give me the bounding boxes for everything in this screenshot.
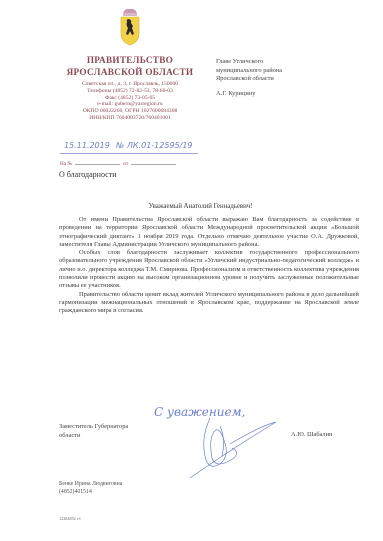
org-okpo-ogrn: ОКПО 00022266, ОГРН 1027600684308	[40, 108, 220, 115]
registration-date: 15.11.2019	[64, 141, 110, 150]
org-name-line2: ЯРОСЛАВСКОЙ ОБЛАСТИ	[40, 66, 220, 78]
paragraph-3: Правительство области ценит вклад жителе…	[59, 291, 359, 316]
org-fax: Факс (4852) 73-05-65	[40, 95, 220, 102]
addressee: Главе Угличского муниципального района Я…	[216, 58, 282, 98]
addressee-line2: муниципального района	[216, 67, 282, 76]
greeting: Уважаемый Анатолий Геннадьевич!	[0, 203, 383, 210]
handwritten-signature: С уважением,	[150, 400, 290, 480]
executor: Бенке Ирина Людвиговна (4852)401514	[59, 481, 122, 496]
paragraph-1: От имени Правительства Ярославской облас…	[59, 216, 359, 249]
signatory-name: А.Ю. Шабалин	[291, 431, 332, 438]
executor-phone: (4852)401514	[59, 489, 122, 497]
addressee-name: А.Г. Курицину	[216, 90, 282, 99]
yaroslavl-coat-of-arms-icon	[118, 6, 142, 46]
addressee-line1: Главе Угличского	[216, 58, 282, 67]
paragraph-2: Особых слов благодарности заслуживает ко…	[59, 249, 359, 290]
signatory-title: Заместитель Губернатора области	[59, 423, 128, 440]
reference-line: На №от	[60, 161, 179, 167]
signatory-title-line1: Заместитель Губернатора	[59, 423, 128, 432]
handwritten-note: С уважением,	[154, 405, 245, 419]
org-address: Советская пл., д. 3, г. Ярославль, 15000…	[40, 81, 220, 88]
org-inn-kpp: ИНН/КПП 7604003720/760401001	[40, 115, 220, 122]
ref-date-blank	[131, 164, 176, 165]
ref-number-blank	[75, 164, 120, 165]
ref-number-label: На №	[60, 161, 72, 167]
addressee-line3: Ярославской области	[216, 75, 282, 84]
letter-body: От имени Правительства Ярославской облас…	[59, 216, 359, 316]
org-email: e-mail: gubern@yarregion.ru	[40, 101, 220, 108]
executor-name: Бенке Ирина Людвиговна	[59, 481, 122, 489]
document-id: 12284852 v1	[59, 516, 81, 521]
signatory-title-line2: области	[59, 432, 128, 441]
org-phones: Телефоны (4852) 72-82-53, 78-60-03	[40, 88, 220, 95]
letterhead: ПРАВИТЕЛЬСТВО ЯРОСЛАВСКОЙ ОБЛАСТИ Советс…	[40, 54, 220, 122]
ref-from-label: от	[123, 161, 128, 167]
registration-number: № ЛК.01-12595/19	[116, 141, 193, 150]
org-name-line1: ПРАВИТЕЛЬСТВО	[40, 54, 220, 66]
subject: О благодарности	[59, 170, 116, 179]
registration-line: 15.11.2019 № ЛК.01-12595/19	[60, 141, 198, 154]
